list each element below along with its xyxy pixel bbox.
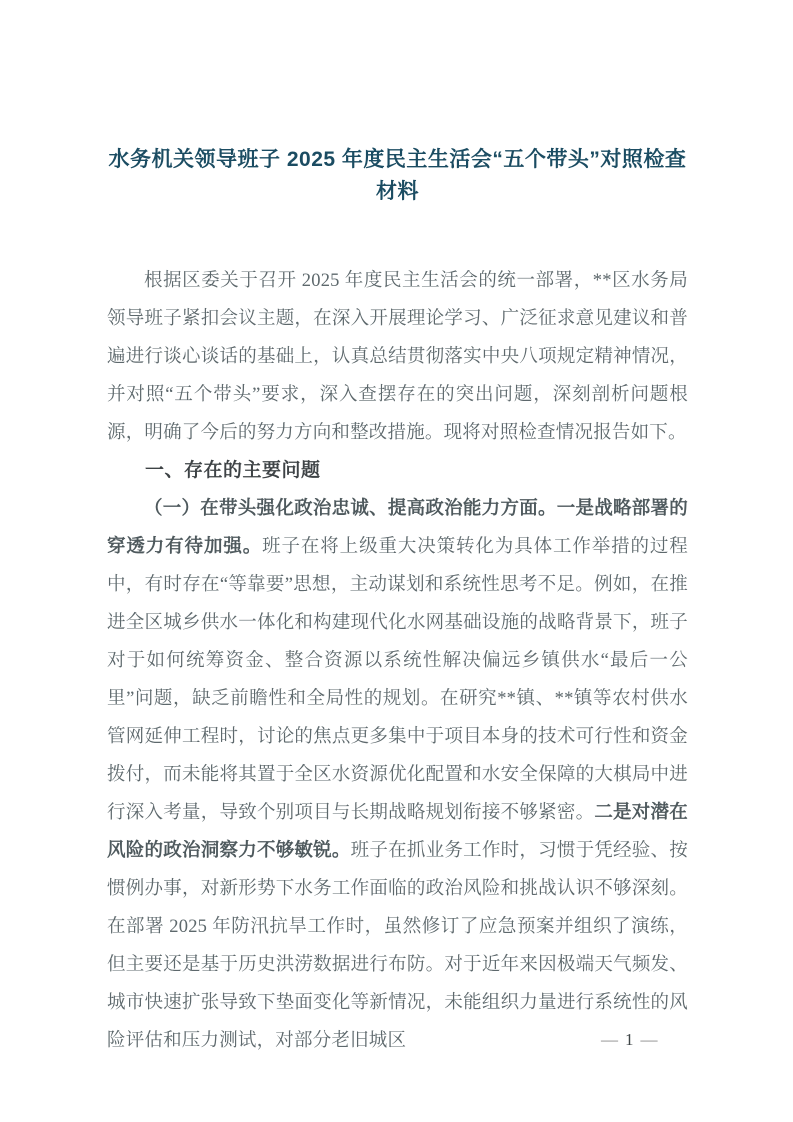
section-heading: 一、存在的主要问题 xyxy=(107,452,688,490)
intro-paragraph: 根据区委关于召开 2025 年度民主生活会的统一部署，**区水务局领导班子紧扣会… xyxy=(107,262,688,452)
subsection-lead: （一）在带头强化政治忠诚、提高政治能力方面。 xyxy=(144,499,557,519)
point2-text: 班子在抓业务工作时，习惯于凭经验、按惯例办事，对新形势下水务工作面临的政治风险和… xyxy=(107,841,688,1051)
section1-paragraph: （一）在带头强化政治忠诚、提高政治能力方面。一是战略部署的穿透力有待加强。班子在… xyxy=(107,490,688,1060)
document-title: 水务机关领导班子 2025 年度民主生活会“五个带头”对照检查材料 xyxy=(107,144,688,208)
page-number: — 1 — xyxy=(601,1030,658,1050)
page-number-value: 1 xyxy=(625,1030,634,1050)
point1-text: 班子在将上级重大决策转化为具体工作举措的过程中，有时存在“等靠要”思想，主动谋划… xyxy=(107,537,688,823)
document-page: 水务机关领导班子 2025 年度民主生活会“五个带头”对照检查材料 根据区委关于… xyxy=(0,0,793,1122)
page-number-dash-left: — xyxy=(601,1030,618,1050)
page-number-dash-right: — xyxy=(641,1030,658,1050)
document-content: 水务机关领导班子 2025 年度民主生活会“五个带头”对照检查材料 根据区委关于… xyxy=(107,144,688,1060)
